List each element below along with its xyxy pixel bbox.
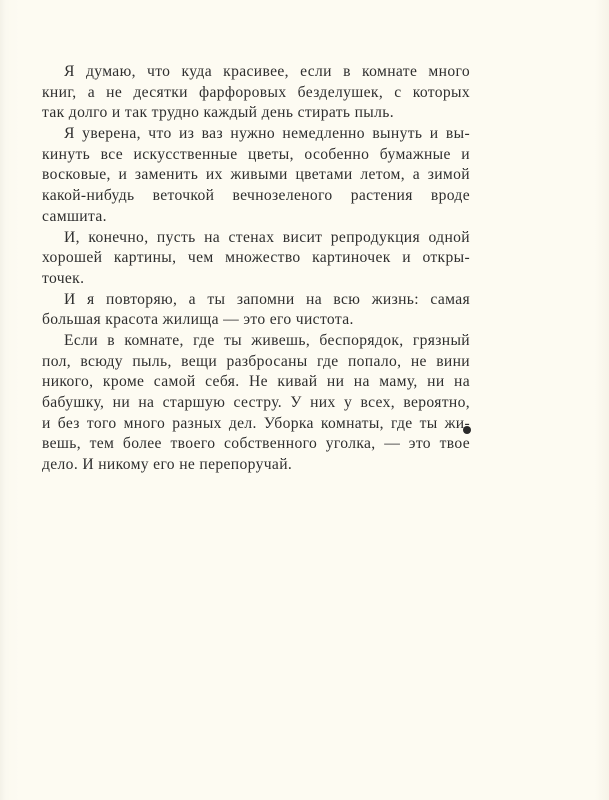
- paragraph-3: И, конечно, пусть на стенах висит репрод…: [42, 228, 470, 290]
- text-line: самшита.: [42, 207, 470, 228]
- text-line: так долго и так трудно каждый день стира…: [42, 103, 470, 124]
- text-line: Я уверена, что из ваз нужно немедленно в…: [42, 124, 470, 145]
- end-of-section-bullet-icon: [463, 426, 471, 434]
- text-line: точек.: [42, 269, 470, 290]
- text-line: Я думаю, что куда красивее, если в комна…: [42, 62, 470, 83]
- body-text: Я думаю, что куда красивее, если в комна…: [42, 62, 470, 476]
- scanned-page: Я думаю, что куда красивее, если в комна…: [0, 0, 609, 800]
- text-line: и без того много разных дел. Уборка комн…: [42, 414, 470, 435]
- paragraph-1: Я думаю, что куда красивее, если в комна…: [42, 62, 470, 124]
- paragraph-5: Если в комнате, где ты живешь, беспорядо…: [42, 331, 470, 476]
- paragraph-2: Я уверена, что из ваз нужно немедленно в…: [42, 124, 470, 227]
- text-line: дело. И никому его не перепоручай.: [42, 455, 470, 476]
- text-line: И я повторяю, а ты запомни на всю жизнь:…: [42, 290, 470, 311]
- text-line: И, конечно, пусть на стенах висит репрод…: [42, 228, 470, 249]
- text-line: большая красота жилища — это его чистота…: [42, 310, 470, 331]
- text-line: хорошей картины, чем множество картиноче…: [42, 248, 470, 269]
- text-line: кинуть все искусственные цветы, особенно…: [42, 145, 470, 166]
- text-line: какой-нибудь веточкой вечнозеленого раст…: [42, 186, 470, 207]
- text-line: никого, кроме самой себя. Не кивай ни на…: [42, 372, 470, 393]
- text-line: вешь, тем более твоего собственного угол…: [42, 434, 470, 455]
- text-line: книг, а не десятки фарфоровых безделушек…: [42, 83, 470, 104]
- text-line: пол, всюду пыль, вещи разбросаны где поп…: [42, 352, 470, 373]
- text-line: бабушку, ни на старшую сестру. У них у в…: [42, 393, 470, 414]
- paragraph-4: И я повторяю, а ты запомни на всю жизнь:…: [42, 290, 470, 331]
- text-line: восковые, и заменить их живыми цветами л…: [42, 165, 470, 186]
- text-line: Если в комнате, где ты живешь, беспорядо…: [42, 331, 470, 352]
